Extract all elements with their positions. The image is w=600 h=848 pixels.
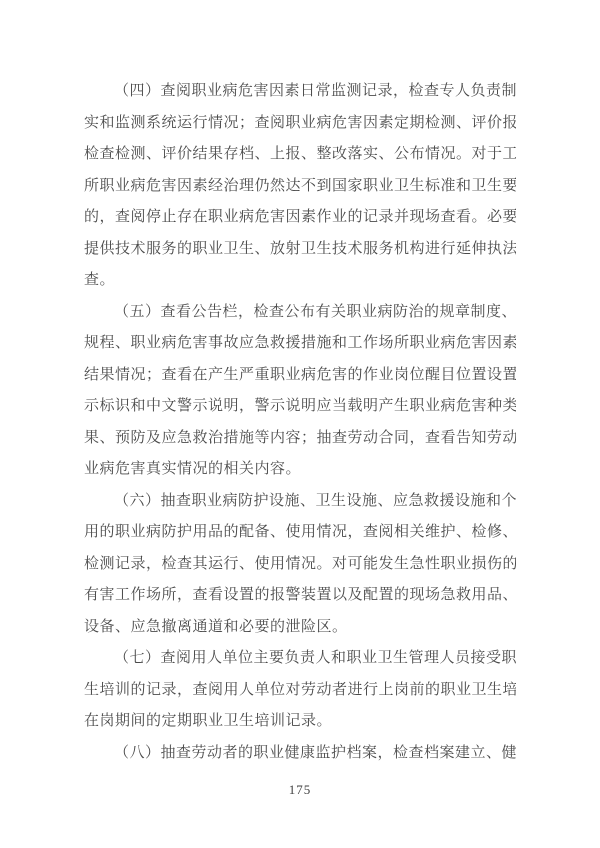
text-line: （四）查阅职业病危害因素日常监测记录，检查专人负责制度落 xyxy=(84,76,516,108)
text-line: 提供技术服务的职业卫生、放射卫生技术服务机构进行延伸执法检 xyxy=(84,234,516,266)
text-line: 生培训的记录，查阅用人单位对劳动者进行上岗前的职业卫生培训和 xyxy=(84,675,516,707)
text-line: 检查检测、评价结果存档、上报、整改落实、公布情况。对于工作场 xyxy=(84,139,516,171)
page-number: 175 xyxy=(0,782,600,798)
text-line: 示标识和中文警示说明，警示说明应当载明产生职业病危害种类、后 xyxy=(84,391,516,423)
document-page: （四）查阅职业病危害因素日常监测记录，检查专人负责制度落 实和监测系统运行情况；… xyxy=(0,0,600,848)
text-line: 规程、职业病危害事故应急救援措施和工作场所职业病危害因素检测 xyxy=(84,328,516,360)
text-line: 的，查阅停止存在职业病危害因素作业的记录并现场查看。必要时对 xyxy=(84,202,516,234)
document-text-block: （四）查阅职业病危害因素日常监测记录，检查专人负责制度落 实和监测系统运行情况；… xyxy=(84,76,516,769)
text-line: 业病危害真实情况的相关内容。 xyxy=(84,454,516,486)
text-line: 有害工作场所，查看设置的报警装置以及配置的现场急救用品、冲洗 xyxy=(84,580,516,612)
text-line: 查。 xyxy=(84,265,516,297)
text-line: 在岗期间的定期职业卫生培训记录。 xyxy=(84,706,516,738)
text-line: （五）查看公告栏，检查公布有关职业病防治的规章制度、操作 xyxy=(84,297,516,329)
text-line: 设备、应急撤离通道和必要的泄险区。 xyxy=(84,612,516,644)
text-line: （六）抽查职业病防护设施、卫生设施、应急救援设施和个人使 xyxy=(84,486,516,518)
text-line: 结果情况；查看在产生严重职业病危害的作业岗位醒目位置设置的警 xyxy=(84,360,516,392)
text-line: （八）抽查劳动者的职业健康监护档案，检查档案建立、健全情 xyxy=(84,738,516,770)
text-line: （七）查阅用人单位主要负责人和职业卫生管理人员接受职业卫 xyxy=(84,643,516,675)
text-line: 检测记录，检查其运行、使用情况。对可能发生急性职业损伤的有毒、 xyxy=(84,549,516,581)
text-line: 所职业病危害因素经治理仍然达不到国家职业卫生标准和卫生要求 xyxy=(84,171,516,203)
text-line: 实和监测系统运行情况；查阅职业病危害因素定期检测、评价报告， xyxy=(84,108,516,140)
text-line: 用的职业病防护用品的配备、使用情况，查阅相关维护、检修、定期 xyxy=(84,517,516,549)
text-line: 果、预防及应急救治措施等内容；抽查劳动合同，查看告知劳动者职 xyxy=(84,423,516,455)
